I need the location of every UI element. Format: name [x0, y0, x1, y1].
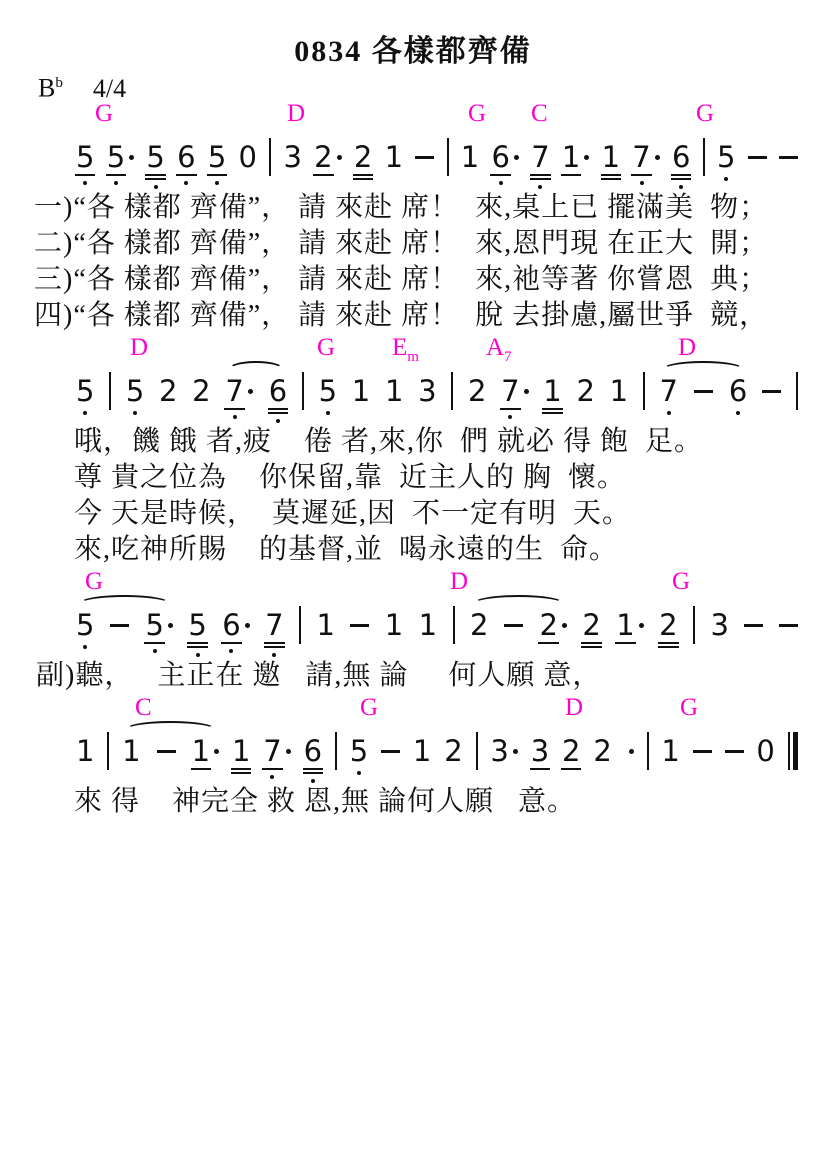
- note-token: 3: [283, 143, 301, 172]
- note-token: 5: [76, 611, 94, 640]
- augmentation-dot-icon: [245, 623, 250, 628]
- slur-group: 76: [659, 377, 747, 406]
- low-octave-dot-icon: [83, 645, 87, 649]
- note-token: 2: [354, 143, 372, 172]
- note-token: 1: [419, 611, 437, 640]
- note-underline: [264, 646, 284, 648]
- dash-continuation-icon: [381, 750, 400, 753]
- note-underline: [231, 772, 251, 774]
- dash-continuation-icon: [110, 624, 129, 627]
- dash-continuation-icon: [694, 390, 713, 393]
- slur-group: 11: [122, 737, 219, 766]
- lyric-line: 副)聽， 主正在 邀 請,無 論 何人願 意，: [36, 658, 826, 694]
- note-underline: [144, 642, 164, 644]
- barline-icon: [107, 732, 109, 770]
- note-token: 6: [491, 143, 518, 172]
- notes-row: 111176512332210: [76, 726, 798, 776]
- note-underline: [658, 642, 678, 644]
- note-token: 2: [562, 737, 580, 766]
- page-title: 0834 各樣都齊備: [0, 0, 826, 64]
- note-underline: [658, 646, 678, 648]
- note-underline: [671, 178, 691, 180]
- barline-icon: [447, 138, 449, 176]
- barline-icon: [302, 372, 304, 410]
- note-token: 2: [582, 611, 600, 640]
- barline-icon: [796, 372, 798, 410]
- dash-continuation-icon: [779, 156, 798, 159]
- barline-icon: [453, 606, 455, 644]
- note-token: 1: [122, 737, 140, 766]
- low-octave-dot-icon: [83, 181, 87, 185]
- note-underline: [615, 642, 635, 644]
- note-underline: [313, 174, 333, 176]
- note-underline: [145, 178, 165, 180]
- note-token: 7: [632, 143, 659, 172]
- system: CGDG111176512332210來 得 神完全 救 恩,無 論何人願 意。: [0, 694, 826, 820]
- note-underline: [581, 642, 601, 644]
- dash-continuation-icon: [725, 750, 744, 753]
- note-token: 6: [222, 611, 249, 640]
- slur-group: 76: [225, 377, 287, 406]
- note-token: 3: [418, 377, 436, 406]
- chord-label: G: [360, 694, 378, 722]
- barline-icon: [476, 732, 478, 770]
- lyric-line: 尊 貴之位為 你保留,靠 近主人的 胸 懷。: [74, 460, 826, 496]
- note-token: 5: [350, 737, 368, 766]
- lyrics: 哦，饑 餓 者,疲 倦 者,來,你 們 就必 得 飽 足。尊 貴之位為 你保留,…: [74, 424, 826, 568]
- low-octave-dot-icon: [133, 411, 137, 415]
- chord-label: G: [317, 334, 335, 362]
- note-token: 6: [177, 143, 195, 172]
- augmentation-dot-icon: [168, 623, 173, 628]
- system: DGEmA7D55227651132712176哦，饑 餓 者,疲 倦 者,來,…: [0, 334, 826, 568]
- note-underline: [231, 768, 251, 770]
- low-octave-dot-icon: [272, 653, 276, 657]
- note-token: 3: [490, 737, 517, 766]
- dash-continuation-icon: [157, 750, 176, 753]
- augmentation-dot-icon: [337, 155, 342, 160]
- note-underline: [176, 174, 196, 176]
- low-octave-dot-icon: [154, 185, 158, 189]
- note-token: 1: [192, 737, 219, 766]
- augmentation-dot-icon: [514, 155, 519, 160]
- note-underline: [187, 642, 207, 644]
- dash-continuation-icon: [748, 156, 767, 159]
- augmentation-dot-icon: [584, 155, 589, 160]
- augmentation-dot-icon: [625, 749, 634, 754]
- note-token: 2: [659, 611, 677, 640]
- low-octave-dot-icon: [184, 181, 188, 185]
- note-token: 6: [672, 143, 690, 172]
- low-octave-dot-icon: [233, 415, 237, 419]
- note-underline: [538, 642, 558, 644]
- note-token: 5: [208, 143, 226, 172]
- score-body: GDGCG555650322116711765一)“各 樣都 齊備”， 請 來赴…: [0, 100, 826, 820]
- note-underline: [303, 772, 323, 774]
- barline-icon: [647, 732, 649, 770]
- lyric-line: 來,吃神所賜 的基督,並 喝永遠的生 命。: [74, 532, 826, 568]
- chord-subscript: m: [407, 349, 419, 365]
- note-underline: [191, 768, 211, 770]
- low-octave-dot-icon: [311, 779, 315, 783]
- low-octave-dot-icon: [196, 653, 200, 657]
- system: GDGCG555650322116711765一)“各 樣都 齊備”， 請 來赴…: [0, 100, 826, 334]
- note-token: 7: [225, 377, 252, 406]
- chord-row: DGEmA7D: [0, 334, 826, 362]
- augmentation-dot-icon: [524, 389, 529, 394]
- barline-icon: [269, 138, 271, 176]
- note-token: 2: [444, 737, 462, 766]
- note-token: 1: [413, 737, 431, 766]
- note-token: 5: [717, 143, 735, 172]
- augmentation-dot-icon: [655, 155, 660, 160]
- augmentation-dot-icon: [562, 623, 567, 628]
- note-underline: [303, 768, 323, 770]
- flat-accidental: b: [55, 75, 63, 91]
- note-token: 5: [146, 143, 164, 172]
- low-octave-dot-icon: [736, 411, 740, 415]
- barline-icon: [643, 372, 645, 410]
- note-token: 5: [126, 377, 144, 406]
- note-token: 7: [263, 737, 290, 766]
- low-octave-dot-icon: [679, 185, 683, 189]
- note-token: 2: [593, 737, 611, 766]
- note-underline: [221, 642, 241, 644]
- low-octave-dot-icon: [153, 649, 157, 653]
- note-token: 2: [159, 377, 177, 406]
- note-underline: [353, 174, 373, 176]
- low-octave-dot-icon: [270, 775, 274, 779]
- dash-continuation-icon: [504, 624, 523, 627]
- note-underline: [224, 408, 244, 410]
- dash-continuation-icon: [415, 156, 434, 159]
- barline-icon: [693, 606, 695, 644]
- note-underline: [631, 174, 651, 176]
- chord-label: G: [672, 568, 690, 596]
- lyrics: 一)“各 樣都 齊備”， 請 來赴 席！ 來,桌上已 擺滿美 物；二)“各 樣都…: [34, 190, 826, 334]
- note-token: 1: [562, 143, 589, 172]
- note-underline: [601, 178, 621, 180]
- note-underline: [671, 174, 691, 176]
- lyric-line: 三)“各 樣都 齊備”， 請 來赴 席！ 來,祂等著 你嘗恩 典；: [34, 262, 826, 298]
- chord-label: A7: [486, 334, 512, 366]
- barline-icon: [703, 138, 705, 176]
- note-token: 1: [385, 611, 403, 640]
- note-token: 2: [576, 377, 594, 406]
- note-token: 2: [539, 611, 566, 640]
- lyric-line: 一)“各 樣都 齊備”， 請 來赴 席！ 來,桌上已 擺滿美 物；: [34, 190, 826, 226]
- low-octave-dot-icon: [326, 411, 330, 415]
- note-token: 0: [239, 143, 257, 172]
- lyrics: 副)聽， 主正在 邀 請,無 論 何人願 意，: [36, 658, 826, 694]
- note-token: 5: [76, 377, 94, 406]
- chord-label: D: [450, 568, 468, 596]
- chord-label: D: [130, 334, 148, 362]
- low-octave-dot-icon: [215, 181, 219, 185]
- note-token: 0: [756, 737, 774, 766]
- note-token: 2: [468, 377, 486, 406]
- chord-row: GDGCG: [0, 100, 826, 128]
- note-token: 6: [304, 737, 322, 766]
- notes-row: 55567111222123: [76, 600, 798, 650]
- low-octave-dot-icon: [229, 649, 233, 653]
- note-underline: [145, 174, 165, 176]
- chord-label: D: [678, 334, 696, 362]
- augmentation-dot-icon: [513, 749, 518, 754]
- note-token: 1: [661, 737, 679, 766]
- note-token: 5: [107, 143, 134, 172]
- lyric-line: 今 天是時候， 莫遲延,因 不一定有明 天。: [74, 496, 826, 532]
- low-octave-dot-icon: [640, 181, 644, 185]
- sheet-music-page: 0834 各樣都齊備 Bb4/4 GDGCG555650322116711765…: [0, 0, 826, 1169]
- note-token: 1: [316, 611, 334, 640]
- note-underline: [542, 408, 562, 410]
- note-underline: [264, 642, 284, 644]
- lyric-line: 二)“各 樣都 齊備”， 請 來赴 席！ 來,恩門現 在正大 開；: [34, 226, 826, 262]
- lyric-line: 哦，饑 餓 者,疲 倦 者,來,你 們 就必 得 飽 足。: [74, 424, 826, 460]
- augmentation-dot-icon: [129, 155, 134, 160]
- dash-continuation-icon: [762, 390, 781, 393]
- note-token: 2: [470, 611, 488, 640]
- chord-label: Em: [392, 334, 419, 366]
- note-token: 1: [543, 377, 561, 406]
- slur-group: 22: [470, 611, 567, 640]
- chord-label: G: [696, 100, 714, 128]
- chord-label: D: [565, 694, 583, 722]
- note-underline: [268, 408, 288, 410]
- note-underline: [75, 174, 95, 176]
- lyrics: 來 得 神完全 救 恩,無 論何人願 意。: [74, 784, 826, 820]
- low-octave-dot-icon: [538, 185, 542, 189]
- note-underline: [530, 178, 550, 180]
- key-signature: Bb4/4: [38, 66, 826, 100]
- low-octave-dot-icon: [276, 419, 280, 423]
- augmentation-dot-icon: [639, 623, 644, 628]
- chord-label: G: [680, 694, 698, 722]
- note-token: 1: [352, 377, 370, 406]
- note-token: 6: [269, 377, 287, 406]
- note-token: 1: [385, 143, 403, 172]
- note-underline: [187, 646, 207, 648]
- note-underline: [500, 408, 520, 410]
- note-token: 3: [710, 611, 728, 640]
- barline-icon: [335, 732, 337, 770]
- note-underline: [561, 174, 581, 176]
- augmentation-dot-icon: [214, 749, 219, 754]
- notes-row: 55227651132712176: [76, 366, 798, 416]
- note-token: 5: [145, 611, 172, 640]
- note-underline: [530, 768, 550, 770]
- low-octave-dot-icon: [508, 415, 512, 419]
- note-underline: [542, 412, 562, 414]
- note-token: 7: [531, 143, 549, 172]
- augmentation-dot-icon: [248, 389, 253, 394]
- note-token: 5: [319, 377, 337, 406]
- dash-continuation-icon: [779, 624, 798, 627]
- slur-group: 55: [76, 611, 173, 640]
- note-underline: [268, 412, 288, 414]
- note-underline: [530, 174, 550, 176]
- low-octave-dot-icon: [724, 177, 728, 181]
- augmentation-dot-icon: [286, 749, 291, 754]
- note-underline: [353, 178, 373, 180]
- barline-icon: [299, 606, 301, 644]
- chord-label: G: [85, 568, 103, 596]
- note-token: 1: [76, 737, 94, 766]
- chord-label: C: [135, 694, 152, 722]
- note-underline: [106, 174, 126, 176]
- note-underline: [262, 768, 282, 770]
- low-octave-dot-icon: [357, 771, 361, 775]
- lyric-line: 四)“各 樣都 齊備”， 請 來赴 席！ 脫 去掛慮,屬世爭 競，: [34, 298, 826, 334]
- note-token: 2: [192, 377, 210, 406]
- note-token: 1: [385, 377, 403, 406]
- note-underline: [561, 768, 581, 770]
- note-token: 7: [501, 377, 528, 406]
- dash-continuation-icon: [350, 624, 369, 627]
- barline-icon: [451, 372, 453, 410]
- time-signature: 4/4: [93, 74, 126, 103]
- note-token: 1: [461, 143, 479, 172]
- low-octave-dot-icon: [499, 181, 503, 185]
- key-root: B: [38, 74, 55, 103]
- note-underline: [490, 174, 510, 176]
- chord-row: CGDG: [0, 694, 826, 722]
- low-octave-dot-icon: [667, 411, 671, 415]
- dash-continuation-icon: [744, 624, 763, 627]
- chord-label: C: [531, 100, 548, 128]
- note-token: 1: [232, 737, 250, 766]
- low-octave-dot-icon: [114, 181, 118, 185]
- system: GDG55567111222123副)聽， 主正在 邀 請,無 論 何人願 意，: [0, 568, 826, 694]
- note-underline: [207, 174, 227, 176]
- lyric-line: 來 得 神完全 救 恩,無 論何人願 意。: [74, 784, 826, 820]
- note-token: 1: [616, 611, 643, 640]
- note-token: 3: [531, 737, 549, 766]
- note-token: 1: [610, 377, 628, 406]
- note-token: 6: [729, 377, 747, 406]
- note-token: 5: [76, 143, 94, 172]
- notes-row: 555650322116711765: [76, 132, 798, 182]
- note-token: 7: [659, 377, 677, 406]
- dash-continuation-icon: [693, 750, 712, 753]
- note-token: 1: [602, 143, 620, 172]
- chord-label: G: [468, 100, 486, 128]
- chord-label: D: [287, 100, 305, 128]
- note-token: 2: [314, 143, 341, 172]
- note-underline: [601, 174, 621, 176]
- chord-row: GDG: [0, 568, 826, 596]
- low-octave-dot-icon: [83, 411, 87, 415]
- chord-subscript: 7: [504, 349, 512, 365]
- note-underline: [581, 646, 601, 648]
- chord-label: G: [95, 100, 113, 128]
- final-barline-icon: [788, 732, 798, 770]
- note-token: 7: [265, 611, 283, 640]
- barline-icon: [109, 372, 111, 410]
- note-token: 5: [188, 611, 206, 640]
